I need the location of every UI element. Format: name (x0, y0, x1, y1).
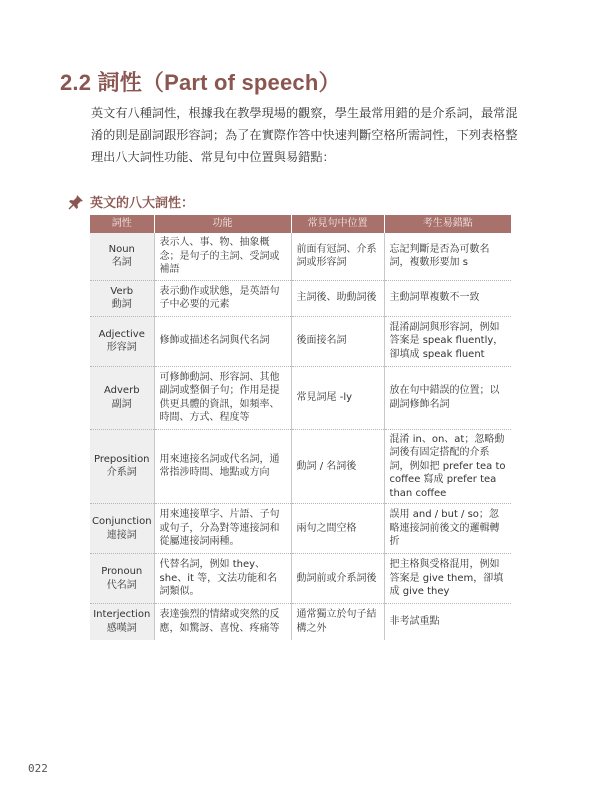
table-row: Preposition介系詞 用來連接名詞或代名詞，通常指涉時間、地點或方向 動… (90, 429, 511, 504)
pos-english: Verb (92, 285, 152, 299)
pos-chinese: 動詞 (92, 298, 152, 312)
parts-of-speech-table: 詞性 功能 常見句中位置 考生易錯點 Noun名詞 表示人、事、物、抽象概念；是… (90, 215, 511, 640)
table-row: Pronoun代名詞 代替名詞，例如 they、she、it 等，文法功能和名詞… (90, 554, 511, 604)
header-position: 常見句中位置 (291, 215, 384, 233)
position-cell: 動詞前或介系詞後 (291, 554, 384, 604)
part-of-speech-cell: Conjunction連接詞 (90, 504, 154, 554)
table-row: Adverb副詞 可修飾動詞、形容詞、其他副詞或整個子句；作用是提供更具體的資訊… (90, 366, 511, 429)
mistake-cell: 非考試重點 (384, 604, 511, 640)
function-cell: 用來連接名詞或代名詞，通常指涉時間、地點或方向 (154, 429, 291, 504)
pos-chinese: 副詞 (92, 398, 152, 412)
part-of-speech-cell: Verb動詞 (90, 280, 154, 316)
mistake-cell: 混淆 in、on、at；忽略動詞後有固定搭配的介系詞，例如把 prefer te… (384, 429, 511, 504)
mistake-cell: 混淆副詞與形容詞，例如答案是 speak fluently，卻填成 speak … (384, 316, 511, 366)
pos-english: Adjective (92, 328, 152, 342)
position-cell: 通常獨立於句子結構之外 (291, 604, 384, 640)
part-of-speech-cell: Interjection感嘆詞 (90, 604, 154, 640)
header-function: 功能 (154, 215, 291, 233)
position-cell: 後面接名詞 (291, 316, 384, 366)
pos-english: Noun (92, 243, 152, 257)
pos-english: Interjection (92, 608, 152, 622)
pos-chinese: 代名詞 (92, 579, 152, 593)
table-row: Verb動詞 表示動作或狀態，是英語句子中必要的元素 主詞後、助動詞後 主動詞單… (90, 280, 511, 316)
position-cell: 兩句之間空格 (291, 504, 384, 554)
part-of-speech-cell: Preposition介系詞 (90, 429, 154, 504)
function-cell: 修飾或描述名詞與代名詞 (154, 316, 291, 366)
function-cell: 表示動作或狀態，是英語句子中必要的元素 (154, 280, 291, 316)
intro-paragraph: 英文有八種詞性，根據我在教學現場的觀察，學生最常用錯的是介系詞，最常混淆的則是副… (91, 102, 521, 168)
subheading: 英文的八大詞性： (68, 192, 194, 211)
position-cell: 主詞後、助動詞後 (291, 280, 384, 316)
pos-chinese: 名詞 (92, 256, 152, 270)
header-part-of-speech: 詞性 (90, 215, 154, 233)
pos-chinese: 形容詞 (92, 341, 152, 355)
part-of-speech-cell: Adverb副詞 (90, 366, 154, 429)
table-row: Adjective形容詞 修飾或描述名詞與代名詞 後面接名詞 混淆副詞與形容詞，… (90, 316, 511, 366)
pos-chinese: 介系詞 (92, 466, 152, 480)
table-row: Conjunction連接詞 用來連接單字、片語、子句或句子，分為對等連接詞和從… (90, 504, 511, 554)
mistake-cell: 放在句中錯誤的位置；以副詞修飾名詞 (384, 366, 511, 429)
table-row: Interjection感嘆詞 表達強烈的情緒或突然的反應，如驚訝、喜悅、疼痛等… (90, 604, 511, 640)
pos-english: Conjunction (92, 515, 152, 529)
section-title: 2.2 詞性（Part of speech） (60, 66, 341, 97)
table-header-row: 詞性 功能 常見句中位置 考生易錯點 (90, 215, 511, 233)
header-common-mistake: 考生易錯點 (384, 215, 511, 233)
part-of-speech-cell: Noun名詞 (90, 233, 154, 280)
mistake-cell: 忘記判斷是否為可數名詞，複數形要加 s (384, 233, 511, 280)
pos-chinese: 連接詞 (92, 529, 152, 543)
function-cell: 表示人、事、物、抽象概念；是句子的主詞、受詞或補語 (154, 233, 291, 280)
page-number: 022 (28, 762, 48, 775)
function-cell: 可修飾動詞、形容詞、其他副詞或整個子句；作用是提供更具體的資訊，如頻率、時間、方… (154, 366, 291, 429)
position-cell: 前面有冠詞、介系詞或形容詞 (291, 233, 384, 280)
position-cell: 常見詞尾 -ly (291, 366, 384, 429)
table-row: Noun名詞 表示人、事、物、抽象概念；是句子的主詞、受詞或補語 前面有冠詞、介… (90, 233, 511, 280)
function-cell: 用來連接單字、片語、子句或句子，分為對等連接詞和從屬連接詞兩種。 (154, 504, 291, 554)
mistake-cell: 誤用 and / but / so；忽略連接詞前後文的邏輯轉折 (384, 504, 511, 554)
mistake-cell: 主動詞單複數不一致 (384, 280, 511, 316)
pos-english: Pronoun (92, 565, 152, 579)
function-cell: 代替名詞，例如 they、she、it 等，文法功能和名詞類似。 (154, 554, 291, 604)
pos-english: Adverb (92, 384, 152, 398)
function-cell: 表達強烈的情緒或突然的反應，如驚訝、喜悅、疼痛等 (154, 604, 291, 640)
pos-chinese: 感嘆詞 (92, 622, 152, 636)
pos-english: Preposition (92, 453, 152, 467)
position-cell: 動詞 / 名詞後 (291, 429, 384, 504)
part-of-speech-cell: Adjective形容詞 (90, 316, 154, 366)
mistake-cell: 把主格與受格混用，例如答案是 give them，卻填成 give they (384, 554, 511, 604)
subheading-label: 英文的八大詞性： (90, 192, 194, 211)
pushpin-icon (68, 194, 84, 210)
part-of-speech-cell: Pronoun代名詞 (90, 554, 154, 604)
